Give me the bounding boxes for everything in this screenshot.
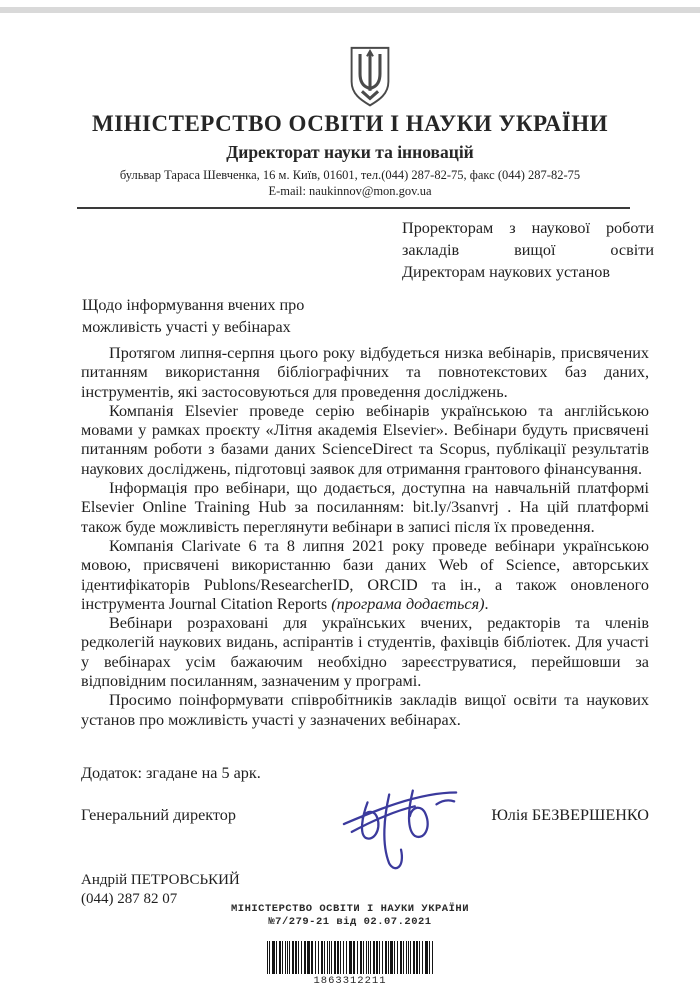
executor-name: Андрій ПЕТРОВСЬКИЙ: [81, 871, 240, 890]
handwritten-signature: [338, 776, 466, 876]
barcode-number: 1863312211: [0, 975, 700, 987]
paragraph-1: Протягом липня-серпня цього року відбуде…: [81, 344, 649, 402]
letter-body: Протягом липня-серпня цього року відбуде…: [81, 344, 649, 730]
paragraph-6: Просимо поінформувати співробітників зак…: [81, 691, 649, 730]
addressee-line-2: Директорам наукових установ: [402, 261, 654, 283]
registration-stamp: МІНІСТЕРСТВО ОСВІТИ І НАУКИ УКРАЇНИ №7/2…: [0, 903, 700, 987]
ministry-title: МІНІСТЕРСТВО ОСВІТИ І НАУКИ УКРАЇНИ: [0, 111, 700, 137]
header-email: E-mail: naukinnov@mon.gov.ua: [0, 184, 700, 199]
header-divider: [77, 207, 630, 209]
subject-line: Щодо інформування вчених про можливість …: [82, 294, 334, 338]
barcode: [267, 941, 434, 974]
scan-edge-artifact: [0, 7, 700, 13]
paragraph-3: Інформація про вебінари, що додається, д…: [81, 479, 649, 537]
paragraph-2: Компанія Elsevier проведе серію вебінарі…: [81, 402, 649, 479]
department-title: Директорат науки та інновацій: [0, 142, 700, 163]
addressee-block: Проректорам з наукової роботи закладів в…: [402, 217, 654, 283]
signer-position: Генеральний директор: [81, 806, 236, 825]
header-address: бульвар Тараса Шевченка, 16 м. Київ, 016…: [0, 168, 700, 183]
ukraine-trident-emblem: [347, 44, 393, 110]
scanned-letter-page: МІНІСТЕРСТВО ОСВІТИ І НАУКИ УКРАЇНИ Дире…: [0, 0, 700, 990]
paragraph-4-italic-note: (програма додається): [331, 595, 484, 613]
paragraph-5: Вебінари розраховані для українських вче…: [81, 614, 649, 691]
paragraph-4: Компанія Clarivate 6 та 8 липня 2021 рок…: [81, 537, 649, 614]
paragraph-4-tail: .: [485, 595, 489, 613]
webinar-link-text: bit.ly/3sanvrj: [413, 498, 499, 516]
attachment-note: Додаток: згадане на 5 арк.: [81, 764, 261, 783]
stamp-ministry-line: МІНІСТЕРСТВО ОСВІТИ І НАУКИ УКРАЇНИ: [0, 903, 700, 915]
signer-name: Юлія БЕЗВЕРШЕНКО: [491, 806, 649, 825]
addressee-line-1: Проректорам з наукової роботи закладів в…: [402, 217, 654, 261]
stamp-number-date-line: №7/279-21 від 02.07.2021: [0, 916, 700, 928]
